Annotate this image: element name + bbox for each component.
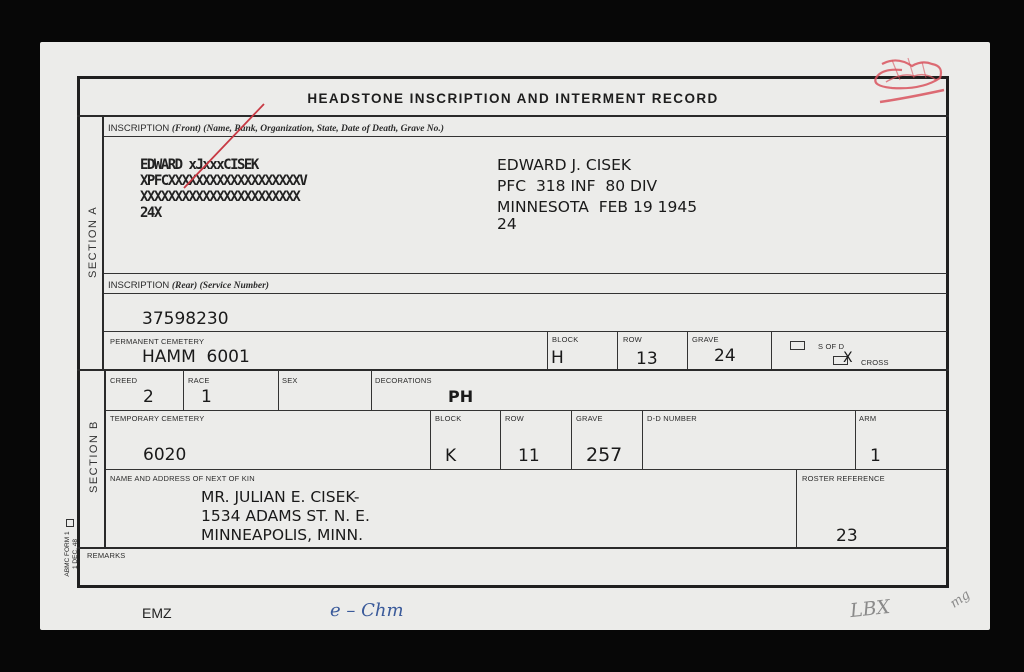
grave-label: GRAVE [692, 335, 719, 344]
section-b-label: SECTION B [88, 423, 100, 493]
form-id-line-2: 1 DEC. 48 [72, 519, 80, 589]
divider [500, 410, 501, 469]
divider [547, 331, 548, 369]
divider [103, 331, 947, 332]
divider [77, 547, 949, 549]
divider [687, 331, 688, 369]
temporary-cemetery-value: 6020 [143, 447, 186, 464]
next-of-kin-label: NAME AND ADDRESS OF NEXT OF KIN [110, 474, 255, 483]
grave-value: 24 [714, 348, 736, 365]
service-number: 37598230 [142, 311, 229, 328]
temp-row-value: 11 [518, 448, 540, 465]
next-of-kin-line-2: 1534 ADAMS ST. N. E. [201, 508, 370, 525]
divider [855, 410, 856, 469]
decorations-label: DECORATIONS [375, 376, 432, 385]
divider [642, 410, 643, 469]
row-value: 13 [636, 351, 658, 368]
divider [617, 331, 618, 369]
red-pencil-scribble-icon [852, 52, 952, 112]
divider [103, 293, 947, 294]
block-label: BLOCK [552, 335, 578, 344]
creed-label: CREED [110, 376, 137, 385]
section-a-border [102, 115, 104, 370]
decorations-value: PH [448, 389, 473, 405]
s-of-d-label: S OF D [818, 342, 844, 351]
race-label: RACE [188, 376, 210, 385]
typed-initials: EMZ [142, 605, 172, 621]
race-value: 1 [201, 389, 212, 406]
divider [571, 410, 572, 469]
temp-grave-value: 257 [586, 446, 622, 465]
dd-number-label: D-D NUMBER [647, 414, 697, 423]
divider [105, 469, 947, 470]
block-value: H [551, 350, 564, 367]
divider [103, 273, 947, 274]
temp-row-label: ROW [505, 414, 524, 423]
divider [105, 410, 947, 411]
divider [371, 370, 372, 410]
temporary-cemetery-label: TEMPORARY CEMETERY [110, 414, 204, 423]
section-divider [77, 369, 949, 371]
inscription-front-label: INSCRIPTION (Front) (Name, Rank, Organiz… [108, 123, 444, 134]
inscription-line-4: 24 [497, 216, 517, 233]
inscription-line-2: PFC 318 INF 80 DIV [497, 178, 657, 195]
roster-reference-label: ROSTER REFERENCE [802, 474, 885, 483]
inscription-rear-label: INSCRIPTION (Rear) (Service Number) [108, 280, 269, 291]
roster-reference-value: 23 [836, 528, 858, 545]
arm-label: ARM [859, 414, 876, 423]
form-id-line-1: ABMC FORM 1 [64, 519, 72, 589]
temp-grave-label: GRAVE [576, 414, 603, 423]
inscription-line-1: EDWARD J. CISEK [497, 157, 631, 174]
section-a-label: SECTION A [87, 208, 99, 278]
divider [771, 331, 772, 369]
temp-block-value: K [445, 448, 456, 465]
section-b-border [104, 370, 106, 548]
next-of-kin-line-1: MR. JULIAN E. CISEK- [201, 489, 360, 506]
divider [183, 370, 184, 410]
blue-handwriting: e – Chm [330, 600, 404, 621]
row-label: ROW [623, 335, 642, 344]
creed-value: 2 [143, 389, 154, 406]
sex-label: SEX [282, 376, 298, 385]
next-of-kin-line-3: MINNEAPOLIS, MINN. [201, 527, 363, 544]
divider [278, 370, 279, 410]
temp-block-label: BLOCK [435, 414, 461, 423]
inscription-line-3: MINNESOTA FEB 19 1945 [497, 199, 697, 216]
permanent-cemetery-value: HAMM 6001 [142, 349, 250, 366]
red-check-mark-icon [180, 100, 270, 195]
divider [430, 410, 431, 469]
permanent-cemetery-label: PERMANENT CEMETERY [110, 337, 204, 346]
form-id-box [66, 519, 74, 527]
arm-value: 1 [870, 448, 881, 465]
form-id: ABMC FORM 1 1 DEC. 48 [64, 519, 80, 589]
cross-check-mark: X [843, 350, 853, 366]
cross-label: CROSS [861, 358, 889, 367]
pencil-handwriting: LBX [849, 596, 891, 622]
remarks-label: REMARKS [87, 551, 126, 560]
s-of-d-checkbox[interactable] [790, 341, 805, 350]
divider [796, 469, 797, 547]
